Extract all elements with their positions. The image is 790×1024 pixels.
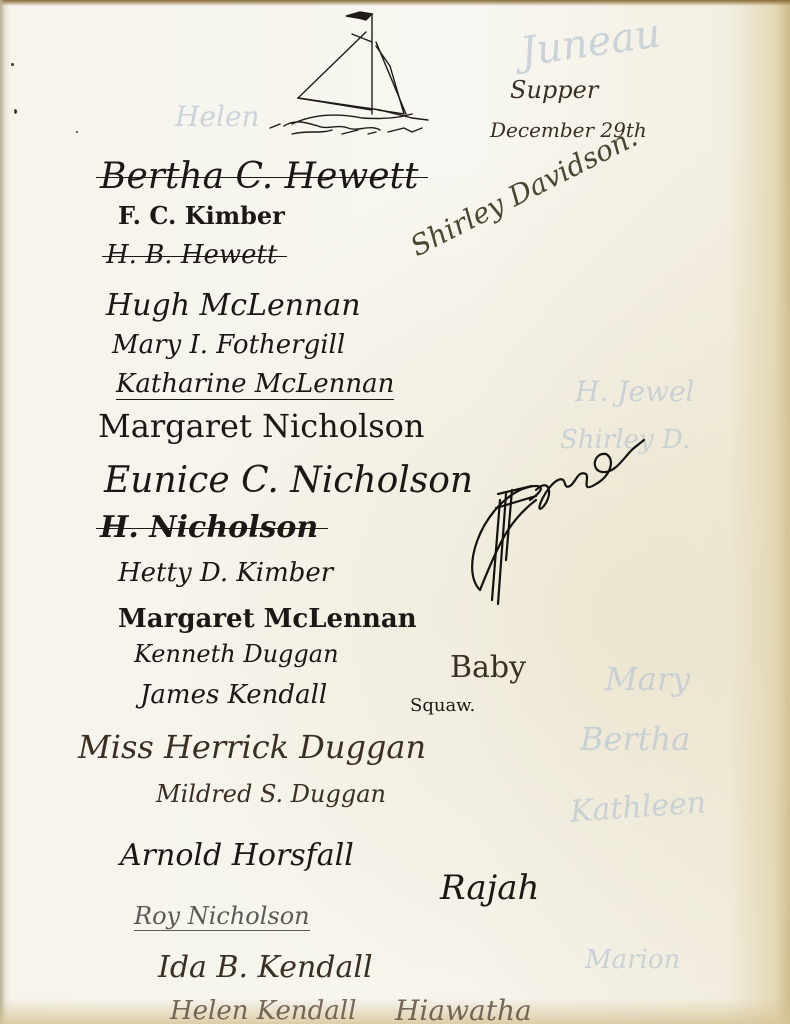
ink-speck bbox=[11, 63, 14, 66]
guestbook-page: Juneau Helen H. Jewel Shirley D. Mary Be… bbox=[0, 0, 790, 1024]
signature-flourish-h-nicholson: H. Nicholson bbox=[440, 390, 660, 620]
signature-helen-kendall: Helen Kendall bbox=[170, 996, 356, 1024]
signature-hugh-mclennan: Hugh McLennan bbox=[106, 288, 361, 323]
signature-text: Katharine McLennan bbox=[116, 369, 394, 400]
signature-hetty-kimber: Hetty D. Kimber bbox=[118, 558, 333, 588]
header-title: Supper bbox=[510, 76, 598, 104]
signature-margaret-mclennan: Margaret McLennan bbox=[118, 604, 417, 634]
signature-mary-fothergill: Mary I. Fothergill bbox=[112, 330, 345, 360]
signature-eunice-nicholson: Eunice C. Nicholson bbox=[104, 460, 473, 501]
signature-fc-kimber: F. C. Kimber bbox=[118, 201, 285, 230]
role-baby: Baby bbox=[450, 650, 526, 685]
signature-james-kendall: James Kendall bbox=[140, 680, 327, 710]
role-squaw: Squaw. bbox=[410, 695, 475, 716]
bleed-through-text: Helen bbox=[175, 100, 260, 133]
signature-arnold-horsfall: Arnold Horsfall bbox=[120, 838, 354, 873]
ink-speck bbox=[76, 131, 78, 133]
bleed-through-text: Mary bbox=[605, 660, 690, 698]
role-rajah: Rajah bbox=[440, 868, 539, 908]
sailboat-sketch-icon bbox=[262, 6, 452, 136]
signature-hb-hewett: H. B. Hewett bbox=[106, 240, 277, 270]
role-hiawatha: Hiawatha bbox=[395, 994, 532, 1024]
bleed-through-text: Kathleen bbox=[569, 785, 707, 829]
page-left-edge bbox=[0, 0, 5, 1024]
signature-bertha-hewett: Bertha C. Hewett bbox=[100, 156, 418, 197]
signature-kenneth-duggan: Kenneth Duggan bbox=[134, 640, 339, 668]
signature-margaret-nicholson: Margaret Nicholson bbox=[98, 407, 425, 445]
signature-h-nicholson: H. Nicholson bbox=[100, 510, 318, 545]
signature-ida-kendall: Ida B. Kendall bbox=[158, 950, 373, 985]
signature-roy-nicholson: Roy Nicholson bbox=[134, 902, 310, 930]
bleed-through-text: Juneau bbox=[517, 10, 663, 75]
bleed-through-text: Marion bbox=[585, 945, 680, 975]
signature-mildred-duggan: Mildred S. Duggan bbox=[156, 780, 386, 808]
bleed-through-text: Bertha bbox=[580, 720, 690, 758]
ink-speck bbox=[14, 109, 17, 114]
signature-katharine-mclennan: Katharine McLennan bbox=[116, 369, 394, 399]
signature-miss-herrick-duggan: Miss Herrick Duggan bbox=[78, 728, 426, 766]
signature-text: Roy Nicholson bbox=[134, 902, 310, 931]
